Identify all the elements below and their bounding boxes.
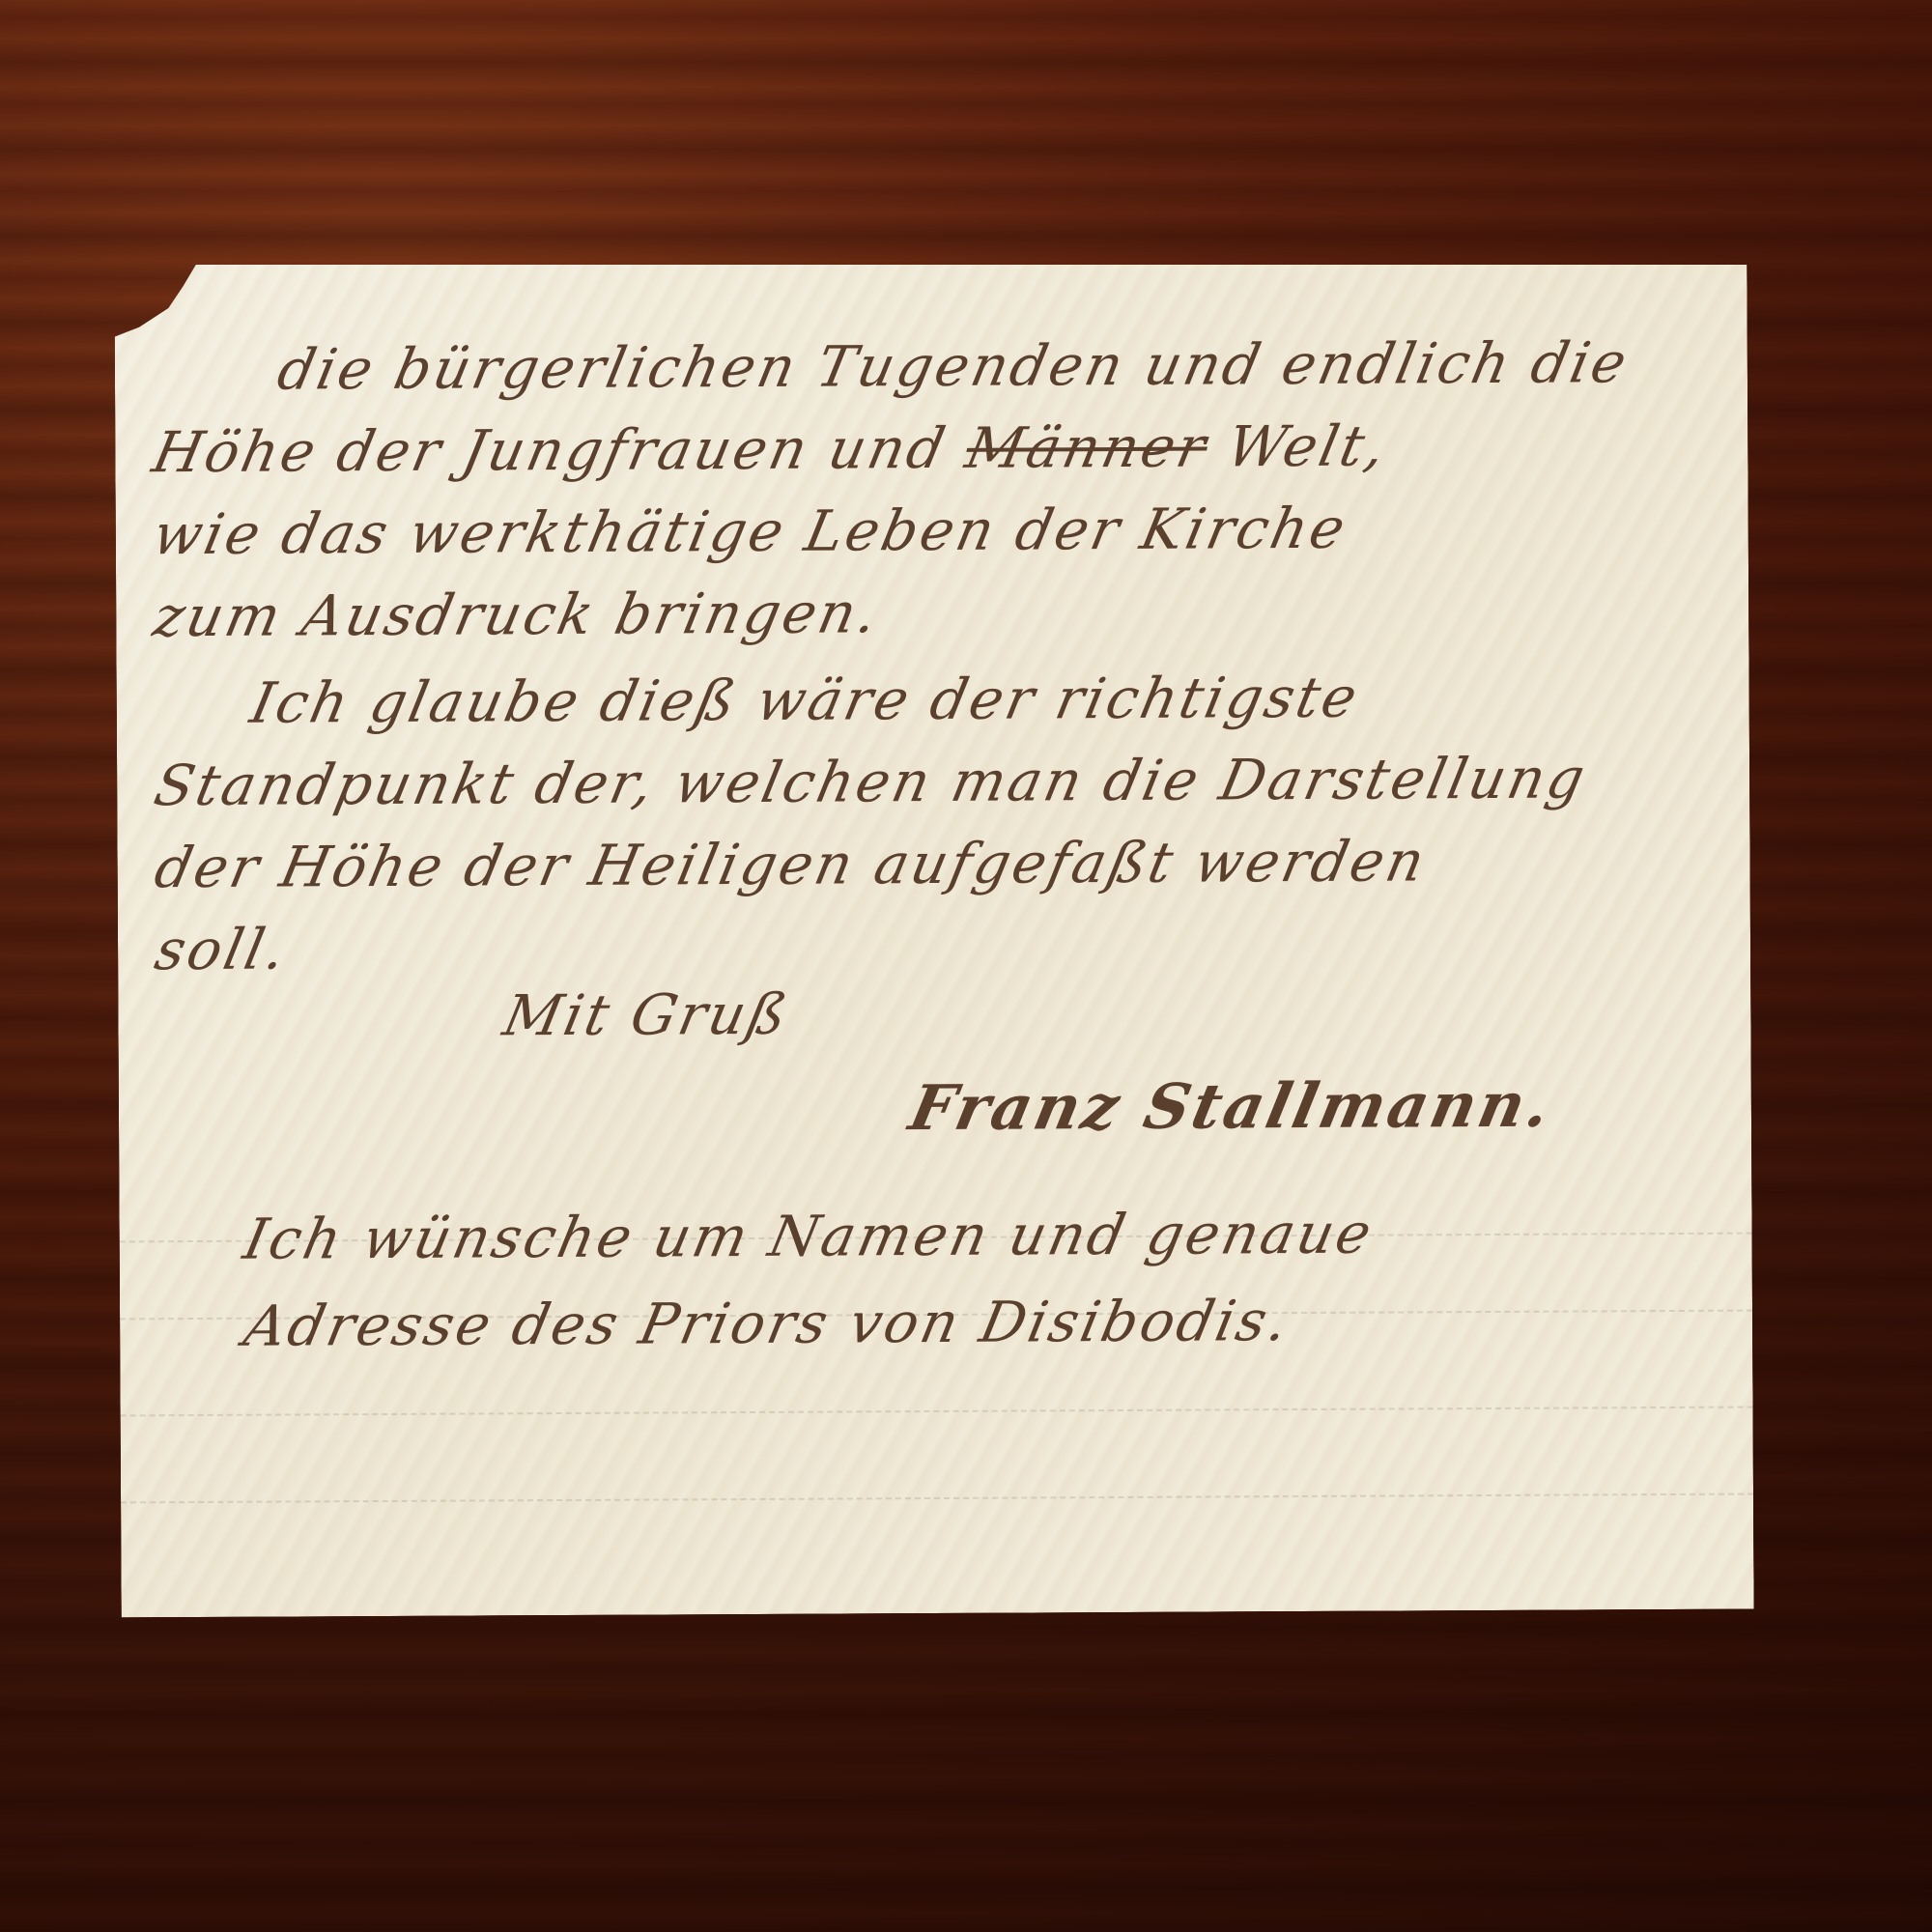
postscript-line-1: Ich wünsche um Namen und genaue xyxy=(239,1201,1380,1272)
body-line-3: wie das werkthätige Leben der Kirche xyxy=(148,496,1353,568)
body-line-2: Höhe der Jungfrauen und Männer Welt, xyxy=(147,413,1394,486)
body-line-7: der Höhe der Heiligen aufgefaßt werden xyxy=(150,828,1434,900)
body-line-1: die bürgerlichen Tugenden und endlich di… xyxy=(272,329,1635,402)
closing-greeting: Mit Gruß xyxy=(497,981,795,1049)
body-line-5: Ich glaube dieß wäre der richtigste xyxy=(245,665,1366,736)
body-line-6: Standpunkt der, welchen man die Darstell… xyxy=(149,745,1593,818)
struck-word: Männer xyxy=(960,413,1214,480)
body-line-2-before: Höhe der Jungfrauen und xyxy=(147,415,974,485)
body-line-2-after: Welt, xyxy=(1201,413,1394,480)
letter-paper: die bürgerlichen Tugenden und endlich di… xyxy=(114,257,1753,1618)
letter-body: die bürgerlichen Tugenden und endlich di… xyxy=(114,257,1753,1618)
body-line-8: soll. xyxy=(150,916,294,982)
postscript-line-2: Adresse des Priors von Disibodis. xyxy=(239,1288,1296,1359)
body-line-4: zum Ausdruck bringen. xyxy=(148,580,886,649)
signature: Franz Stallmann. xyxy=(903,1069,1559,1146)
